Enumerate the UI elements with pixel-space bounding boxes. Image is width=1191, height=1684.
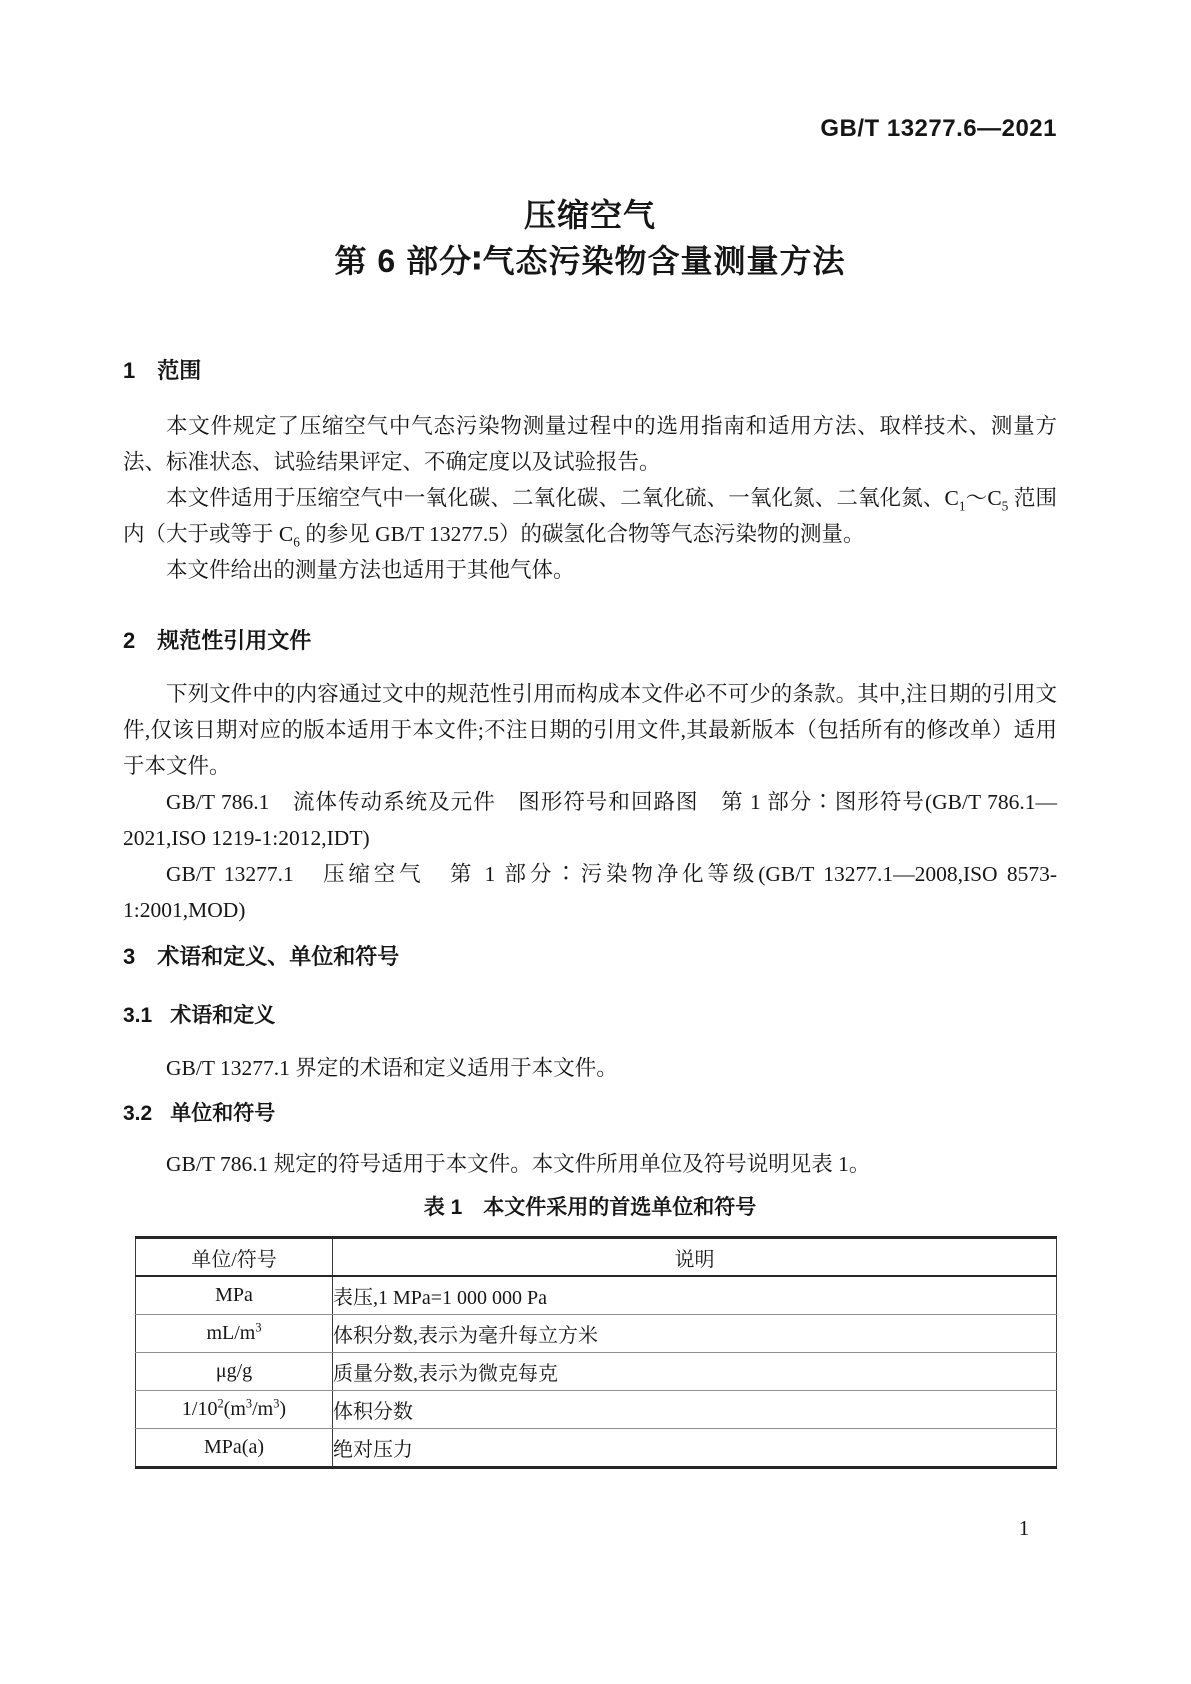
unit-cell: MPa(a) [136,1429,333,1468]
unit-cell: μg/g [136,1353,333,1391]
table-header-row: 单位/符号 说明 [136,1238,1057,1277]
section-2-paragraph-1: 下列文件中的内容通过文中的规范性引用而构成本文件必不可少的条款。其中,注日期的引… [123,676,1057,784]
document-title-line2: 第 6 部分∶气态污染物含量测量方法 [123,238,1057,284]
unit-cell: 1/102(m3/m3) [136,1391,333,1429]
description-cell: 体积分数 [333,1391,1057,1429]
description-cell: 体积分数,表示为毫升每立方米 [333,1315,1057,1353]
table-row: μg/g 质量分数,表示为微克每克 [136,1353,1057,1391]
normative-reference-2: GB/T 13277.1 压缩空气 第 1 部分∶污染物净化等级(GB/T 13… [123,856,1057,928]
section-3-heading: 3术语和定义、单位和符号 [123,942,1057,972]
section-1-paragraph-1: 本文件规定了压缩空气中气态污染物测量过程中的选用指南和适用方法、取样技术、测量方… [123,408,1057,480]
description-cell: 质量分数,表示为微克每克 [333,1353,1057,1391]
section-3-1-number: 3.1 [123,1004,152,1027]
section-3-2-paragraph-1: GB/T 786.1 规定的符号适用于本文件。本文件所用单位及符号说明见表 1。 [123,1146,1057,1182]
document-title: 压缩空气 第 6 部分∶气态污染物含量测量方法 [123,192,1057,284]
section-3-1-heading: 3.1术语和定义 [123,1002,1057,1030]
document-page: GB/T 13277.6—2021 压缩空气 第 6 部分∶气态污染物含量测量方… [0,0,1191,1684]
section-3-title: 术语和定义、单位和符号 [157,944,399,969]
column-header-unit-symbol: 单位/符号 [136,1238,333,1277]
description-cell: 表压,1 MPa=1 000 000 Pa [333,1276,1057,1315]
unit-cell: MPa [136,1276,333,1315]
section-3-1-title: 术语和定义 [170,1004,275,1027]
document-title-line1: 压缩空气 [123,192,1057,238]
section-3-2-title: 单位和符号 [170,1102,275,1125]
section-1-paragraph-3: 本文件给出的测量方法也适用于其他气体。 [123,552,1057,588]
table-1-caption: 表 1 本文件采用的首选单位和符号 [123,1194,1057,1222]
section-1-heading: 1范围 [123,356,1057,386]
description-cell: 绝对压力 [333,1429,1057,1468]
table-row: mL/m3 体积分数,表示为毫升每立方米 [136,1315,1057,1353]
table-row: 1/102(m3/m3) 体积分数 [136,1391,1057,1429]
table-row: MPa(a) 绝对压力 [136,1429,1057,1468]
section-3-number: 3 [123,944,135,969]
section-2-number: 2 [123,628,135,653]
section-2-heading: 2规范性引用文件 [123,626,1057,656]
section-3-2-heading: 3.2单位和符号 [123,1100,1057,1128]
section-3-1-paragraph-1: GB/T 13277.1 界定的术语和定义适用于本文件。 [123,1050,1057,1086]
table-row: MPa 表压,1 MPa=1 000 000 Pa [136,1276,1057,1315]
section-2-title: 规范性引用文件 [157,628,311,653]
column-header-description: 说明 [333,1238,1057,1277]
page-content: GB/T 13277.6—2021 压缩空气 第 6 部分∶气态污染物含量测量方… [123,0,1057,1469]
table-units-and-symbols: 单位/符号 说明 MPa 表压,1 MPa=1 000 000 Pa mL/m3… [135,1236,1057,1469]
page-number: 1 [1000,1516,1048,1541]
normative-reference-1: GB/T 786.1 流体传动系统及元件 图形符号和回路图 第 1 部分∶图形符… [123,784,1057,856]
unit-cell: mL/m3 [136,1315,333,1353]
section-3-2-number: 3.2 [123,1102,152,1125]
section-1-title: 范围 [157,358,201,383]
standard-number: GB/T 13277.6—2021 [123,0,1057,144]
section-1-number: 1 [123,358,135,383]
section-1-paragraph-2: 本文件适用于压缩空气中一氧化碳、二氧化碳、二氧化硫、一氧化氮、二氧化氮、C1～C… [123,480,1057,552]
